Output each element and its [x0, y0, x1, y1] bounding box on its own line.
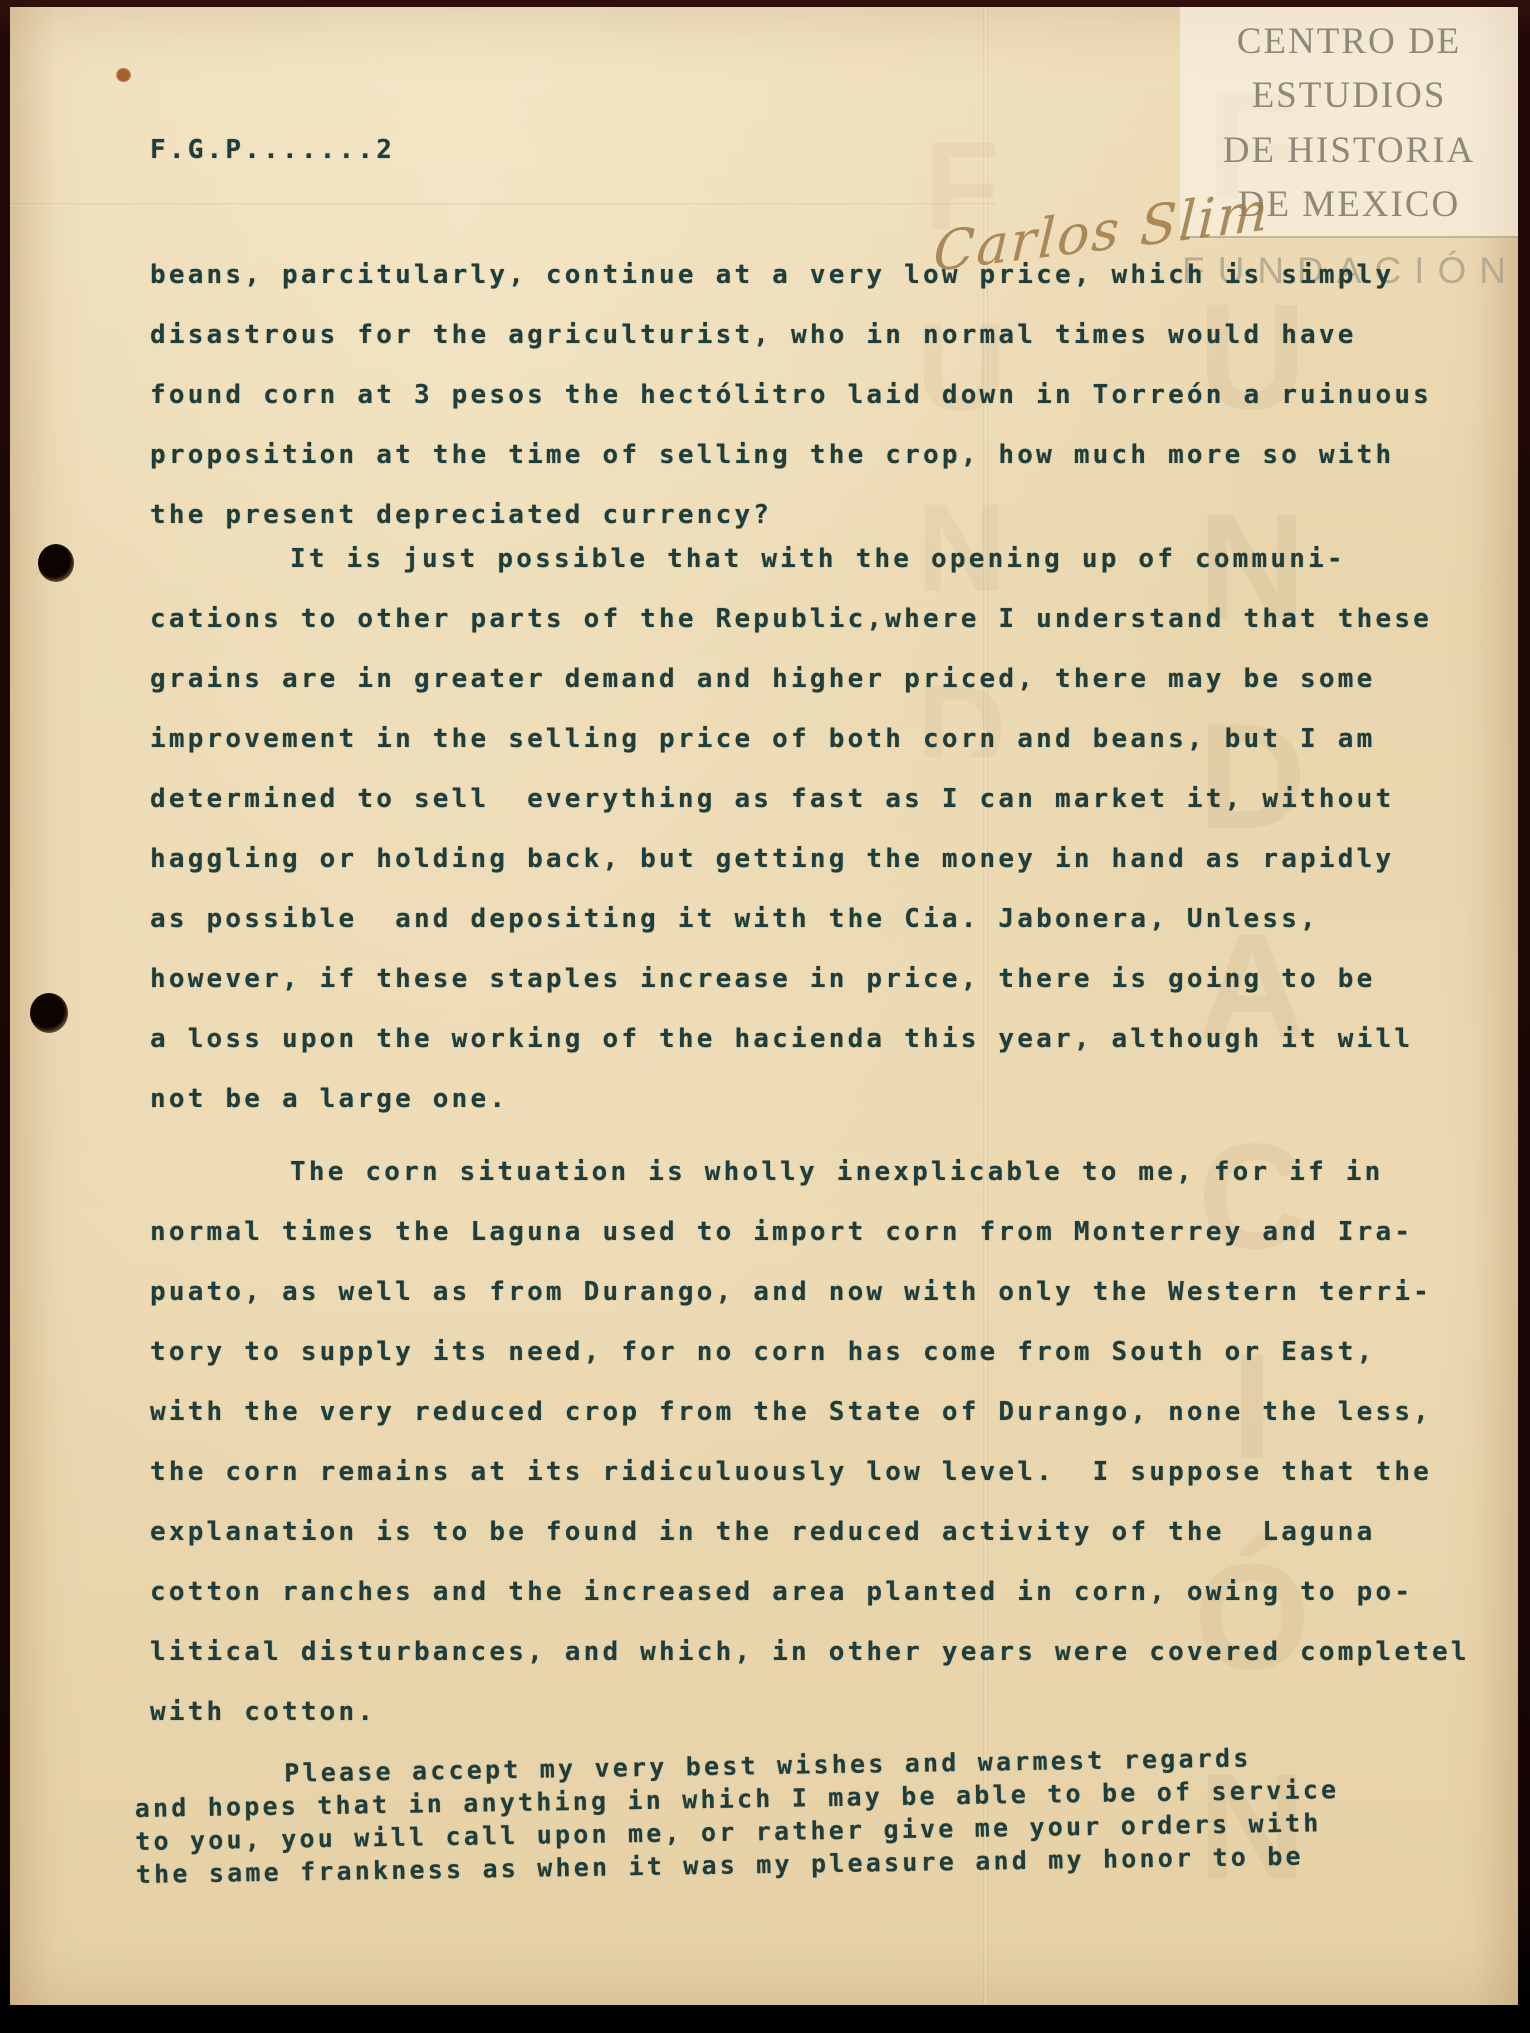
archive-watermark-line: CENTRO DE [1237, 18, 1462, 66]
typewritten-line: puato, as well as from Durango, and now … [150, 1262, 1518, 1322]
typewritten-line: explanation is to be found in the reduce… [150, 1502, 1518, 1562]
typewritten-line: The corn situation is wholly inexplicabl… [150, 1142, 1518, 1202]
paragraph-2: It is just possible that with the openin… [150, 529, 1518, 1129]
punch-hole [30, 993, 68, 1033]
typewritten-line: haggling or holding back, but getting th… [150, 829, 1518, 889]
page-header: F.G.P.......2 [150, 135, 395, 165]
typewritten-line: as possible and depositing it with the C… [150, 889, 1518, 949]
typewritten-line: grains are in greater demand and higher … [150, 649, 1518, 709]
typewritten-line: however, if these staples increase in pr… [150, 949, 1518, 1009]
archive-watermark-line: ESTUDIOS [1252, 72, 1447, 120]
typewritten-line: normal times the Laguna used to import c… [150, 1202, 1518, 1262]
paragraph-4: Please accept my very best wishes and wa… [134, 1737, 1506, 1891]
typewritten-line: litical disturbances, and which, in othe… [150, 1622, 1518, 1682]
typewritten-line: tory to supply its need, for no corn has… [150, 1322, 1518, 1382]
horizontal-fold-crease [10, 203, 995, 206]
typewritten-line: with cotton. [150, 1682, 1518, 1742]
document-photo: FUNDACIÓN FUNDACIÓN CENTRO DE ESTUDIOS D… [0, 0, 1530, 2033]
typewritten-line: cotton ranches and the increased area pl… [150, 1562, 1518, 1622]
letter-page: FUNDACIÓN FUNDACIÓN CENTRO DE ESTUDIOS D… [10, 7, 1518, 2005]
typewritten-line: cations to other parts of the Republic,w… [150, 589, 1518, 649]
typewritten-line: found corn at 3 pesos the hectólitro lai… [150, 365, 1518, 425]
typewritten-line: a loss upon the working of the hacienda … [150, 1009, 1518, 1069]
typewritten-line: proposition at the time of selling the c… [150, 425, 1518, 485]
typewritten-line: determined to sell everything as fast as… [150, 769, 1518, 829]
paragraph-1: beans, parcitularly, continue at a very … [150, 245, 1518, 545]
typewritten-line: beans, parcitularly, continue at a very … [150, 245, 1518, 305]
punch-hole [38, 544, 74, 582]
paragraph-3: The corn situation is wholly inexplicabl… [150, 1142, 1518, 1742]
typewritten-line: the corn remains at its ridiculuously lo… [150, 1442, 1518, 1502]
typewritten-line: It is just possible that with the openin… [150, 529, 1518, 589]
typewritten-line: disastrous for the agriculturist, who in… [150, 305, 1518, 365]
typewritten-line: not be a large one. [150, 1069, 1518, 1129]
typewritten-line: with the very reduced crop from the Stat… [150, 1382, 1518, 1442]
typewritten-line: improvement in the selling price of both… [150, 709, 1518, 769]
archive-watermark-line: DE MEXICO [1238, 181, 1461, 229]
paper-stain [116, 68, 131, 82]
archive-watermark-line: DE HISTORIA [1223, 127, 1476, 175]
